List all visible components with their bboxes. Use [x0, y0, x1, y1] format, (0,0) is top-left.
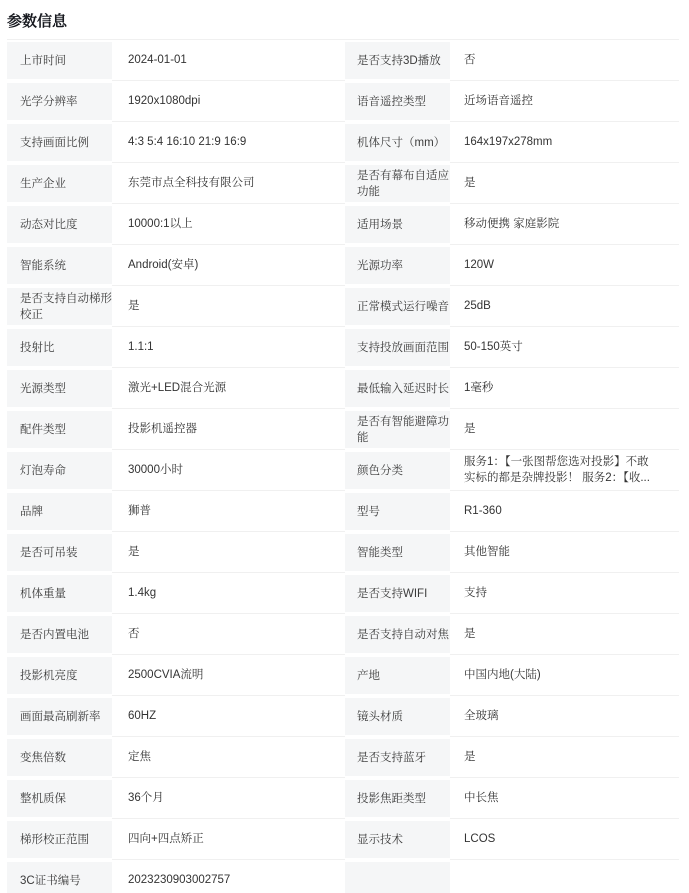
spec-value-left: 是 — [112, 532, 345, 573]
spec-row: 是否可吊装 是 智能类型 其他智能 — [7, 532, 679, 573]
spec-value-left: 否 — [112, 614, 345, 655]
spec-label-left: 变焦倍数 — [7, 737, 112, 778]
spec-value-left: 东莞市点全科技有限公司 — [112, 163, 345, 204]
spec-row: 整机质保 36个月 投影焦距类型 中长焦 — [7, 778, 679, 819]
spec-label-right: 正常模式运行噪音 — [345, 286, 450, 327]
spec-value-left: 2023230903002757 — [112, 860, 345, 893]
spec-label-right: 是否支持自动对焦 — [345, 614, 450, 655]
spec-label-right: 支持投放画面范围 — [345, 327, 450, 368]
spec-label-right: 产地 — [345, 655, 450, 696]
spec-label-right: 型号 — [345, 491, 450, 532]
spec-label-right: 是否支持蓝牙 — [345, 737, 450, 778]
spec-value-right: 其他智能 — [450, 532, 679, 573]
spec-value-left: 定焦 — [112, 737, 345, 778]
spec-label-left: 投影机亮度 — [7, 655, 112, 696]
spec-row: 梯形校正范围 四向+四点矫正 显示技术 LCOS — [7, 819, 679, 860]
spec-label-left: 画面最高刷新率 — [7, 696, 112, 737]
spec-value-left: 30000小时 — [112, 450, 345, 491]
spec-label-right: 是否有幕布自适应 功能 — [345, 163, 450, 204]
spec-row: 投影机亮度 2500CVIA流明 产地 中国内地(大陆) — [7, 655, 679, 696]
spec-value-left: 2500CVIA流明 — [112, 655, 345, 696]
spec-label-left: 支持画面比例 — [7, 122, 112, 163]
spec-value-right: 164x197x278mm — [450, 122, 679, 163]
spec-row: 是否内置电池 否 是否支持自动对焦 是 — [7, 614, 679, 655]
spec-value-right — [450, 860, 679, 893]
spec-label-left: 光源类型 — [7, 368, 112, 409]
spec-value-left: 1.1:1 — [112, 327, 345, 368]
spec-value-right: 是 — [450, 614, 679, 655]
spec-value-left: 2024-01-01 — [112, 40, 345, 81]
spec-label-left: 上市时间 — [7, 40, 112, 81]
spec-label-left: 灯泡寿命 — [7, 450, 112, 491]
spec-label-right: 是否有智能避障功 能 — [345, 409, 450, 450]
spec-label-left: 整机质保 — [7, 778, 112, 819]
spec-label-right: 光源功率 — [345, 245, 450, 286]
spec-value-right: 近场语音遥控 — [450, 81, 679, 122]
spec-row: 光学分辨率 1920x1080dpi 语音遥控类型 近场语音遥控 — [7, 81, 679, 122]
spec-value-left: 60HZ — [112, 696, 345, 737]
spec-label-left: 是否内置电池 — [7, 614, 112, 655]
spec-value-right: 支持 — [450, 573, 679, 614]
spec-label-left: 梯形校正范围 — [7, 819, 112, 860]
spec-value-right: 是 — [450, 409, 679, 450]
spec-row: 灯泡寿命 30000小时 颜色分类 服务1：【一张图帮您选对投影】不敢 实标的都… — [7, 450, 679, 491]
spec-value-left: 1920x1080dpi — [112, 81, 345, 122]
spec-value-right: 120W — [450, 245, 679, 286]
spec-label-right: 是否支持3D播放 — [345, 40, 450, 81]
spec-row: 投射比 1.1:1 支持投放画面范围 50-150英寸 — [7, 327, 679, 368]
spec-value-right: 是 — [450, 163, 679, 204]
spec-label-left: 是否可吊装 — [7, 532, 112, 573]
spec-row: 支持画面比例 4:3 5:4 16:10 21:9 16:9 机体尺寸（mm） … — [7, 122, 679, 163]
spec-value-right: 是 — [450, 737, 679, 778]
spec-label-right: 适用场景 — [345, 204, 450, 245]
spec-row: 光源类型 激光+LED混合光源 最低输入延迟时长 1毫秒 — [7, 368, 679, 409]
spec-value-left: 狮普 — [112, 491, 345, 532]
spec-label-left: 智能系统 — [7, 245, 112, 286]
spec-label-left: 光学分辨率 — [7, 81, 112, 122]
spec-label-left: 生产企业 — [7, 163, 112, 204]
spec-value-right: 服务1：【一张图帮您选对投影】不敢 实标的都是杂牌投影！ 服务2：【收... — [450, 450, 679, 491]
spec-value-right: 移动便携 家庭影院 — [450, 204, 679, 245]
spec-label-right: 智能类型 — [345, 532, 450, 573]
spec-label-left: 配件类型 — [7, 409, 112, 450]
spec-label-left: 3C证书编号 — [7, 860, 112, 893]
spec-value-left: 1.4kg — [112, 573, 345, 614]
spec-row: 配件类型 投影机遥控器 是否有智能避障功 能 是 — [7, 409, 679, 450]
spec-row: 动态对比度 10000:1以上 适用场景 移动便携 家庭影院 — [7, 204, 679, 245]
spec-value-left: 激光+LED混合光源 — [112, 368, 345, 409]
spec-value-right: 否 — [450, 40, 679, 81]
spec-value-right: 中国内地(大陆) — [450, 655, 679, 696]
spec-value-right: LCOS — [450, 819, 679, 860]
spec-row: 智能系统 Android(安卓) 光源功率 120W — [7, 245, 679, 286]
spec-label-left: 机体重量 — [7, 573, 112, 614]
spec-value-right: 25dB — [450, 286, 679, 327]
spec-label-right: 机体尺寸（mm） — [345, 122, 450, 163]
spec-label-right: 是否支持WIFI — [345, 573, 450, 614]
spec-table: 上市时间 2024-01-01 是否支持3D播放 否 光学分辨率 1920x10… — [7, 39, 679, 893]
spec-label-left: 是否支持自动梯形 校正 — [7, 286, 112, 327]
spec-label-right: 颜色分类 — [345, 450, 450, 491]
page-title: 参数信息 — [7, 12, 689, 32]
spec-row: 机体重量 1.4kg 是否支持WIFI 支持 — [7, 573, 679, 614]
spec-value-right: 全玻璃 — [450, 696, 679, 737]
spec-row: 变焦倍数 定焦 是否支持蓝牙 是 — [7, 737, 679, 778]
spec-label-right: 语音遥控类型 — [345, 81, 450, 122]
spec-label-left: 品牌 — [7, 491, 112, 532]
spec-value-left: 四向+四点矫正 — [112, 819, 345, 860]
spec-row: 生产企业 东莞市点全科技有限公司 是否有幕布自适应 功能 是 — [7, 163, 679, 204]
spec-label-right: 显示技术 — [345, 819, 450, 860]
spec-value-right: R1-360 — [450, 491, 679, 532]
spec-label-right: 最低输入延迟时长 — [345, 368, 450, 409]
spec-label-right: 投影焦距类型 — [345, 778, 450, 819]
spec-row: 上市时间 2024-01-01 是否支持3D播放 否 — [7, 40, 679, 81]
spec-row: 品牌 狮普 型号 R1-360 — [7, 491, 679, 532]
spec-value-left: 36个月 — [112, 778, 345, 819]
spec-label-right: 镜头材质 — [345, 696, 450, 737]
spec-value-right: 1毫秒 — [450, 368, 679, 409]
spec-value-right: 中长焦 — [450, 778, 679, 819]
spec-row: 是否支持自动梯形 校正 是 正常模式运行噪音 25dB — [7, 286, 679, 327]
spec-label-left: 投射比 — [7, 327, 112, 368]
spec-value-left: 是 — [112, 286, 345, 327]
spec-value-left: 10000:1以上 — [112, 204, 345, 245]
spec-value-left: Android(安卓) — [112, 245, 345, 286]
spec-row: 画面最高刷新率 60HZ 镜头材质 全玻璃 — [7, 696, 679, 737]
spec-row: 3C证书编号 2023230903002757 — [7, 860, 679, 893]
spec-value-left: 4:3 5:4 16:10 21:9 16:9 — [112, 122, 345, 163]
spec-value-right: 50-150英寸 — [450, 327, 679, 368]
spec-label-left: 动态对比度 — [7, 204, 112, 245]
spec-value-left: 投影机遥控器 — [112, 409, 345, 450]
spec-label-right — [345, 860, 450, 893]
